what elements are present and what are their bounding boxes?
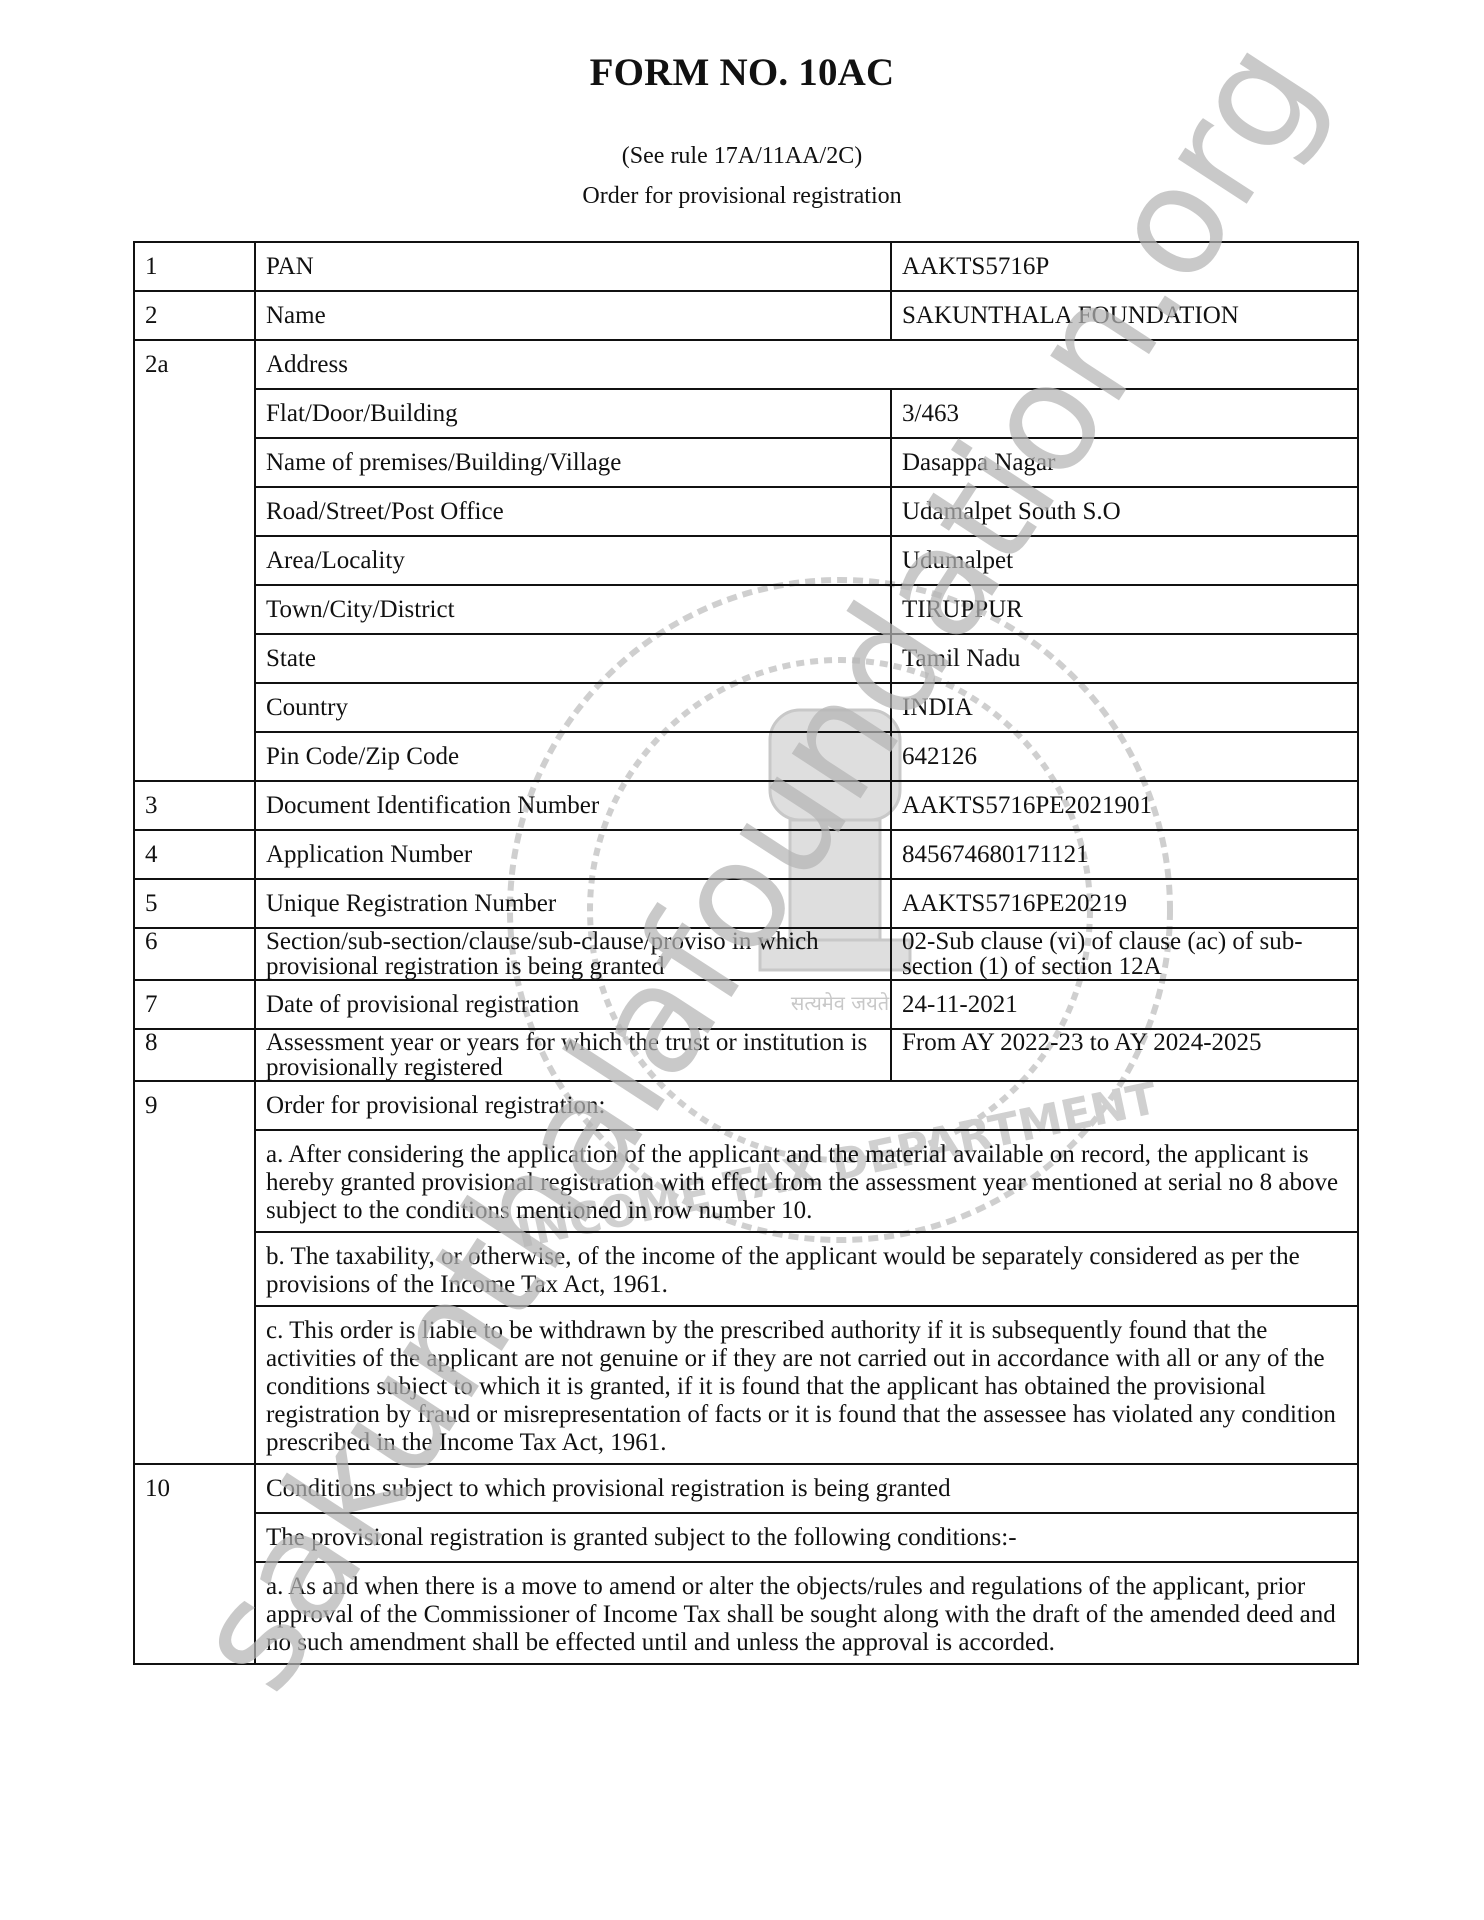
field-value: AAKTS5716P bbox=[891, 242, 1358, 291]
serial-number: 6 bbox=[134, 928, 255, 980]
serial-number: 9 bbox=[134, 1081, 255, 1464]
field-label: Address bbox=[255, 340, 1358, 389]
field-value: 24-11-2021 bbox=[891, 980, 1358, 1029]
field-label: Road/Street/Post Office bbox=[255, 487, 891, 536]
field-value: AAKTS5716PE20219 bbox=[891, 879, 1358, 928]
table-row-conditions-heading: 10 Conditions subject to which provision… bbox=[134, 1464, 1358, 1513]
field-label: Section/sub-section/clause/sub-clause/pr… bbox=[255, 928, 891, 980]
field-value: TIRUPPUR bbox=[891, 585, 1358, 634]
order-paragraph: a. After considering the application of … bbox=[255, 1130, 1358, 1232]
section-heading: Order for provisional registration: bbox=[255, 1081, 1358, 1130]
field-label: Country bbox=[255, 683, 891, 732]
table-row-din: 3 Document Identification Number AAKTS57… bbox=[134, 781, 1358, 830]
field-label: Document Identification Number bbox=[255, 781, 891, 830]
registration-table: 1 PAN AAKTS5716P 2 Name SAKUNTHALA FOUND… bbox=[133, 241, 1359, 1665]
field-label: Name bbox=[255, 291, 891, 340]
field-label: Unique Registration Number bbox=[255, 879, 891, 928]
table-row-section: 6 Section/sub-section/clause/sub-clause/… bbox=[134, 928, 1358, 980]
rule-reference: (See rule 17A/11AA/2C) bbox=[0, 143, 1484, 170]
field-value: INDIA bbox=[891, 683, 1358, 732]
field-label: Name of premises/Building/Village bbox=[255, 438, 891, 487]
field-value: 845674680171121 bbox=[891, 830, 1358, 879]
field-value: AAKTS5716PE2021901 bbox=[891, 781, 1358, 830]
serial-number: 5 bbox=[134, 879, 255, 928]
table-row-road: Road/Street/Post Office Udamalpet South … bbox=[134, 487, 1358, 536]
serial-number: 4 bbox=[134, 830, 255, 879]
serial-number: 3 bbox=[134, 781, 255, 830]
table-row-town: Town/City/District TIRUPPUR bbox=[134, 585, 1358, 634]
field-value: 3/463 bbox=[891, 389, 1358, 438]
field-label: PAN bbox=[255, 242, 891, 291]
order-paragraph: c. This order is liable to be withdrawn … bbox=[255, 1306, 1358, 1464]
table-row-order-heading: 9 Order for provisional registration: bbox=[134, 1081, 1358, 1130]
field-value: 642126 bbox=[891, 732, 1358, 781]
table-row-state: State Tamil Nadu bbox=[134, 634, 1358, 683]
field-label: Application Number bbox=[255, 830, 891, 879]
table-row-flat: Flat/Door/Building 3/463 bbox=[134, 389, 1358, 438]
serial-number: 7 bbox=[134, 980, 255, 1029]
table-row-condition-a: a. As and when there is a move to amend … bbox=[134, 1562, 1358, 1664]
field-label: Date of provisional registration bbox=[255, 980, 891, 1029]
field-value: Udumalpet bbox=[891, 536, 1358, 585]
table-row-order-para-b: b. The taxability, or otherwise, of the … bbox=[134, 1232, 1358, 1306]
field-value: 02-Sub clause (vi) of clause (ac) of sub… bbox=[891, 928, 1358, 980]
serial-number: 10 bbox=[134, 1464, 255, 1664]
conditions-intro: The provisional registration is granted … bbox=[255, 1513, 1358, 1562]
field-value: Tamil Nadu bbox=[891, 634, 1358, 683]
serial-number: 1 bbox=[134, 242, 255, 291]
field-value: Udamalpet South S.O bbox=[891, 487, 1358, 536]
order-paragraph: b. The taxability, or otherwise, of the … bbox=[255, 1232, 1358, 1306]
field-label: Assessment year or years for which the t… bbox=[255, 1029, 891, 1081]
table-row-name: 2 Name SAKUNTHALA FOUNDATION bbox=[134, 291, 1358, 340]
field-label: Town/City/District bbox=[255, 585, 891, 634]
table-row-urn: 5 Unique Registration Number AAKTS5716PE… bbox=[134, 879, 1358, 928]
serial-number: 2a bbox=[134, 340, 255, 781]
field-value: SAKUNTHALA FOUNDATION bbox=[891, 291, 1358, 340]
table-row-pan: 1 PAN AAKTS5716P bbox=[134, 242, 1358, 291]
field-value: Dasappa Nagar bbox=[891, 438, 1358, 487]
field-label: Pin Code/Zip Code bbox=[255, 732, 891, 781]
table-row-order-para-a: a. After considering the application of … bbox=[134, 1130, 1358, 1232]
table-row-date: 7 Date of provisional registration 24-11… bbox=[134, 980, 1358, 1029]
table-row-premises: Name of premises/Building/Village Dasapp… bbox=[134, 438, 1358, 487]
table-row-conditions-intro: The provisional registration is granted … bbox=[134, 1513, 1358, 1562]
field-label: Area/Locality bbox=[255, 536, 891, 585]
serial-number: 2 bbox=[134, 291, 255, 340]
table-row-application-number: 4 Application Number 845674680171121 bbox=[134, 830, 1358, 879]
form-subtitle: Order for provisional registration bbox=[0, 183, 1484, 210]
table-row-assessment-years: 8 Assessment year or years for which the… bbox=[134, 1029, 1358, 1081]
field-label: Flat/Door/Building bbox=[255, 389, 891, 438]
section-heading: Conditions subject to which provisional … bbox=[255, 1464, 1358, 1513]
table-row-pincode: Pin Code/Zip Code 642126 bbox=[134, 732, 1358, 781]
field-value: From AY 2022-23 to AY 2024-2025 bbox=[891, 1029, 1358, 1081]
table-row-address: 2a Address bbox=[134, 340, 1358, 389]
field-label: State bbox=[255, 634, 891, 683]
condition-paragraph: a. As and when there is a move to amend … bbox=[255, 1562, 1358, 1664]
table-row-order-para-c: c. This order is liable to be withdrawn … bbox=[134, 1306, 1358, 1464]
serial-number: 8 bbox=[134, 1029, 255, 1081]
table-row-country: Country INDIA bbox=[134, 683, 1358, 732]
table-row-area: Area/Locality Udumalpet bbox=[134, 536, 1358, 585]
form-title: FORM NO. 10AC bbox=[0, 50, 1484, 95]
